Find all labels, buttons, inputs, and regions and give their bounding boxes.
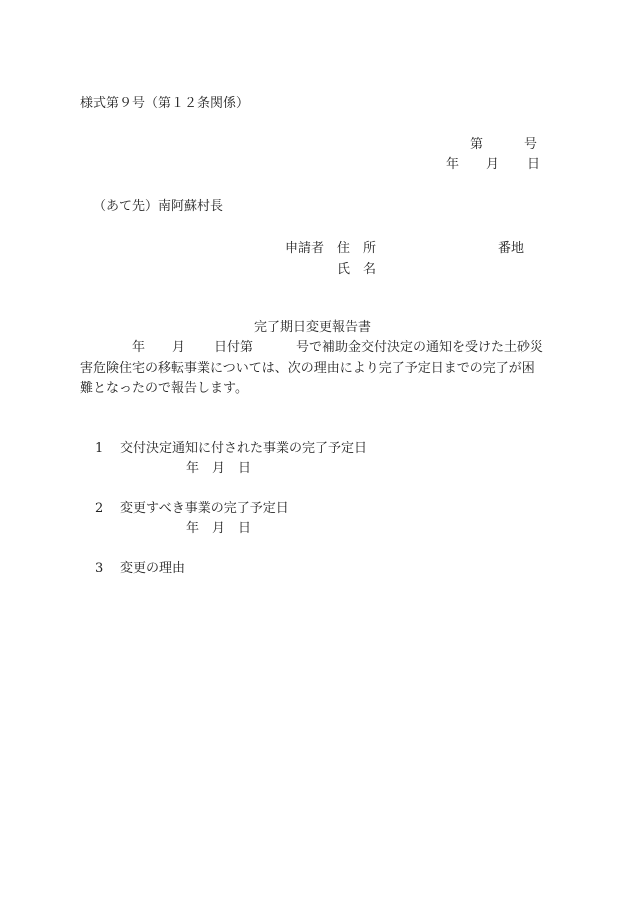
item-1-label: 交付決定通知に付された事業の完了予定日 xyxy=(120,441,367,457)
body-line2: 害危険住宅の移転事業については、次の理由により完了予定日までの完了が困 xyxy=(80,361,535,377)
body-month: 月 xyxy=(172,340,185,356)
form-number: 様式第９号（第１２条関係） xyxy=(80,96,249,112)
item-1-date: 年 月 日 xyxy=(186,461,251,477)
body-line1-rest: 号で補助金交付決定の通知を受けた土砂災 xyxy=(296,340,543,356)
address-label: 住 所 xyxy=(337,241,376,257)
item-3-number: 3 xyxy=(95,561,103,577)
item-2-number: 2 xyxy=(95,501,103,517)
body-day: 日付第 xyxy=(214,340,253,356)
doc-number-dai: 第 xyxy=(470,137,483,153)
document-title: 完了期日変更報告書 xyxy=(254,320,371,336)
item-1-number: 1 xyxy=(95,441,103,457)
item-2-label: 変更すべき事業の完了予定日 xyxy=(120,501,289,517)
banchi-label: 番地 xyxy=(498,241,524,257)
item-3-label: 変更の理由 xyxy=(120,561,185,577)
applicant-label: 申請者 xyxy=(285,241,324,257)
item-2-date: 年 月 日 xyxy=(186,521,251,537)
date-day: 日 xyxy=(527,157,540,173)
doc-number-go: 号 xyxy=(524,137,537,153)
date-month: 月 xyxy=(486,157,499,173)
addressee: （あて先）南阿蘇村長 xyxy=(93,199,223,215)
name-label: 氏 名 xyxy=(337,262,376,278)
body-year: 年 xyxy=(132,340,145,356)
body-line3: 難となったので報告します。 xyxy=(80,381,248,397)
date-year: 年 xyxy=(446,157,459,173)
